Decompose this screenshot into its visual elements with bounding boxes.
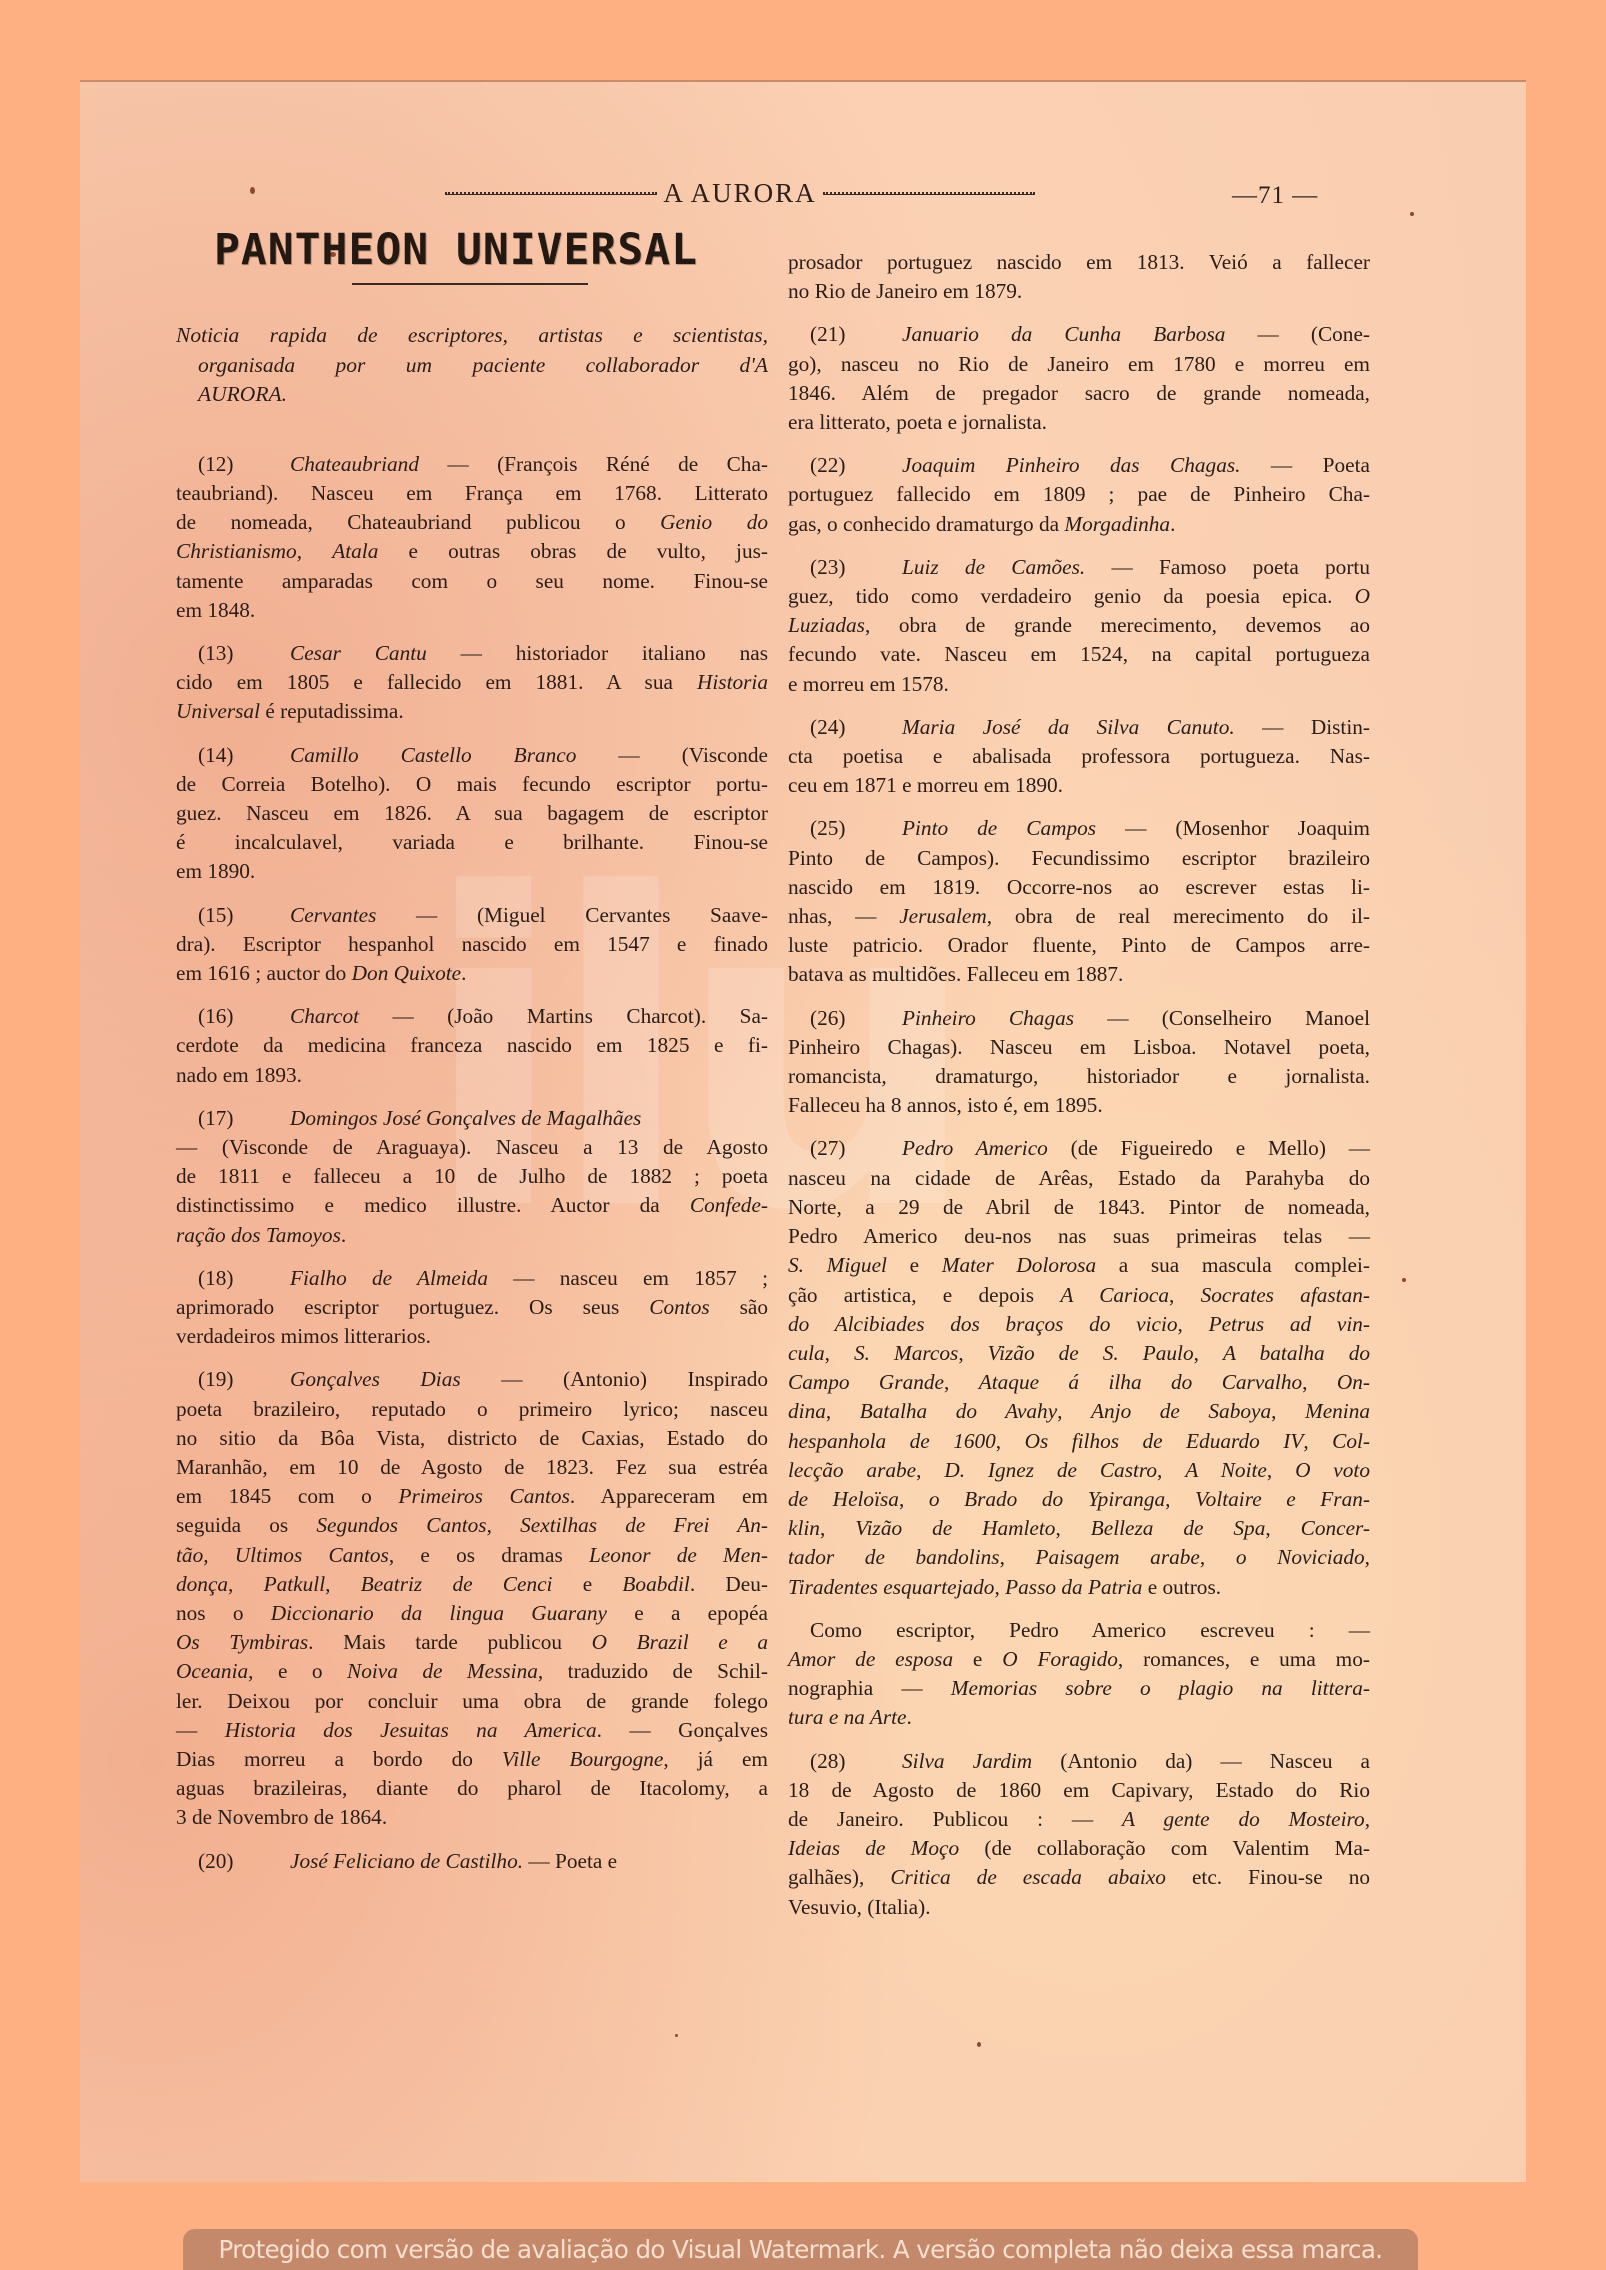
entry-line: 3 de Novembro de 1864. (176, 1803, 768, 1832)
biography-entry: (23)Luiz de Camões. — Famoso poeta portu… (788, 553, 1370, 699)
entry-line: dina, Batalha do Avahy, Anjo de Saboya, … (788, 1397, 1370, 1426)
biography-entry: Como escriptor, Pedro Americo escreveu :… (788, 1616, 1370, 1733)
entry-line: klin, Vizão de Hamleto, Belleza de Spa, … (788, 1514, 1370, 1543)
biography-entry: (16)Charcot — (João Martins Charcot). Sa… (176, 1002, 768, 1090)
entry-number: (23) (788, 553, 902, 582)
entry-line: romancista, dramaturgo, historiador e jo… (788, 1062, 1370, 1091)
entry-line: tamente amparadas com o seu nome. Finou-… (176, 567, 768, 596)
entry-name: Gonçalves Dias (290, 1367, 461, 1391)
left-column: PANTHEON UNIVERSAL Noticia rapida de esc… (176, 236, 768, 1890)
entry-line: Pedro Americo deu-nos nas suas primeiras… (788, 1222, 1370, 1251)
entry-name: Camillo Castello Branco (290, 743, 576, 767)
biography-entry: (27)Pedro Americo (de Figueiredo e Mello… (788, 1134, 1370, 1601)
entry-number: (19) (176, 1365, 290, 1394)
entry-line: era litterato, poeta e jornalista. (788, 408, 1370, 437)
entry-line: (17)Domingos José Gonçalves de Magalhães (176, 1104, 768, 1133)
entry-name: José Feliciano de Castilho. (290, 1849, 523, 1873)
entry-line: cerdote da medicina franceza nascido em … (176, 1031, 768, 1060)
entry-name: Pinto de Campos (902, 816, 1096, 840)
entry-line: Pinheiro Chagas). Nasceu em Lisboa. Nota… (788, 1033, 1370, 1062)
entry-line: nado em 1893. (176, 1061, 768, 1090)
right-entries: prosador portuguez nascido em 1813. Veió… (788, 248, 1370, 1922)
entry-line: seguida os Segundos Cantos, Sextilhas de… (176, 1511, 768, 1540)
entry-line: (24)Maria José da Silva Canuto. — Distin… (788, 713, 1370, 742)
article-title: PANTHEON UNIVERSAL (176, 236, 736, 265)
entry-line: Amor de esposa e O Foragido, romances, e… (788, 1645, 1370, 1674)
watermark-banner: Protegido com versão de avaliação do Vis… (183, 2229, 1418, 2270)
entry-name: Januario da Cunha Barbosa (902, 322, 1225, 346)
article-intro: Noticia rapida de escriptores, artistas … (176, 321, 768, 410)
entry-line: Como escriptor, Pedro Americo escreveu :… (788, 1616, 1370, 1645)
entry-line: hespanhola de 1600, Os filhos de Eduardo… (788, 1427, 1370, 1456)
biography-entry: (25)Pinto de Campos — (Mosenhor JoaquimP… (788, 814, 1370, 989)
entry-line: ração dos Tamoyos. (176, 1221, 768, 1250)
entry-name: Charcot (290, 1004, 359, 1028)
entry-line: — Historia dos Jesuitas na America. — Go… (176, 1716, 768, 1745)
entry-line: de Janeiro. Publicou : — A gente do Most… (788, 1805, 1370, 1834)
entry-line: guez. Nasceu em 1826. A sua bagagem de e… (176, 799, 768, 828)
entry-name: Fialho de Almeida (290, 1266, 488, 1290)
entry-line: em 1848. (176, 596, 768, 625)
entry-line: Falleceu ha 8 annos, isto é, em 1895. (788, 1091, 1370, 1120)
intro-line: Noticia rapida de escriptores, artistas … (176, 321, 768, 351)
entry-line: em 1845 com o Primeiros Cantos. Apparece… (176, 1482, 768, 1511)
biography-entry: (28)Silva Jardim (Antonio da) — Nasceu a… (788, 1747, 1370, 1922)
entry-line: tão, Ultimos Cantos, e os dramas Leonor … (176, 1541, 768, 1570)
entry-name: Luiz de Camões. (902, 555, 1085, 579)
entry-line: cula, S. Marcos, Vizão de S. Paulo, A ba… (788, 1339, 1370, 1368)
page-number: —71 — (1232, 182, 1318, 210)
entry-name: Joaquim Pinheiro das Chagas. (902, 453, 1240, 477)
entry-line: Vesuvio, (Italia). (788, 1893, 1370, 1922)
entry-line: verdadeiros mimos litterarios. (176, 1322, 768, 1351)
entry-line: luste patricio. Orador fluente, Pinto de… (788, 931, 1370, 960)
entry-number: (14) (176, 741, 290, 770)
entry-line: Ideias de Moço (de collaboração com Vale… (788, 1834, 1370, 1863)
biography-entry: (15)Cervantes — (Miguel Cervantes Saave-… (176, 901, 768, 989)
entry-line: Pinto de Campos). Fecundissimo escriptor… (788, 844, 1370, 873)
title-divider (352, 283, 588, 285)
entry-line: Tiradentes esquartejado, Passo da Patria… (788, 1573, 1370, 1602)
entry-name: Silva Jardim (902, 1749, 1032, 1773)
header-rule-left (445, 192, 657, 195)
entry-name: Cesar Cantu (290, 641, 427, 665)
entry-number: (21) (788, 320, 902, 349)
entry-line: distinctissimo e medico illustre. Auctor… (176, 1191, 768, 1220)
paper-speck (1402, 1278, 1406, 1282)
biography-entry: (26)Pinheiro Chagas — (Conselheiro Manoe… (788, 1004, 1370, 1121)
entry-line: 1846. Além de pregador sacro de grande n… (788, 379, 1370, 408)
journal-title: A AURORA (663, 178, 816, 209)
intro-line: organisada por um paciente collaborador … (198, 351, 768, 381)
entry-line: lecção arabe, D. Ignez de Castro, A Noit… (788, 1456, 1370, 1485)
biography-entry: (19)Gonçalves Dias — (Antonio) Inspirado… (176, 1365, 768, 1832)
entry-number: (18) (176, 1264, 290, 1293)
entry-name: Cervantes (290, 903, 376, 927)
entry-line: (27)Pedro Americo (de Figueiredo e Mello… (788, 1134, 1370, 1163)
entry-line: (25)Pinto de Campos — (Mosenhor Joaquim (788, 814, 1370, 843)
entry-line: tura e na Arte. (788, 1703, 1370, 1732)
entry-line: aguas brazileiras, diante do pharol de I… (176, 1774, 768, 1803)
right-column: prosador portuguez nascido em 1813. Veió… (788, 248, 1370, 1936)
entry-line: portuguez fallecido em 1809 ; pae de Pin… (788, 480, 1370, 509)
entry-line: de nomeada, Chateaubriand publicou o Gen… (176, 508, 768, 537)
paper-speck (675, 2034, 678, 2037)
entry-line: ler. Deixou por concluir uma obra de gra… (176, 1687, 768, 1716)
entry-name: Domingos José Gonçalves de Magalhães (290, 1106, 641, 1130)
entry-name: Maria José da Silva Canuto. (902, 715, 1235, 739)
biography-entry: (20)José Feliciano de Castilho. — Poeta … (176, 1847, 768, 1876)
entry-line: 18 de Agosto de 1860 em Capivary, Estado… (788, 1776, 1370, 1805)
entry-line: de Correia Botelho). O mais fecundo escr… (176, 770, 768, 799)
entry-line: (23)Luiz de Camões. — Famoso poeta portu (788, 553, 1370, 582)
entry-line: (26)Pinheiro Chagas — (Conselheiro Manoe… (788, 1004, 1370, 1033)
entry-name: Chateaubriand (290, 452, 419, 476)
entry-line: dra). Escriptor hespanhol nascido em 154… (176, 930, 768, 959)
header-rule-right (823, 192, 1035, 195)
entry-number: (24) (788, 713, 902, 742)
entry-number: (16) (176, 1002, 290, 1031)
entry-line: donça, Patkull, Beatriz de Cenci e Boabd… (176, 1570, 768, 1599)
entry-line: fecundo vate. Nasceu em 1524, na capital… (788, 640, 1370, 669)
entry-line: (20)José Feliciano de Castilho. — Poeta … (176, 1847, 768, 1876)
entry-line: (28)Silva Jardim (Antonio da) — Nasceu a (788, 1747, 1370, 1776)
entry-line: ção artistica, e depois A Carioca, Socra… (788, 1281, 1370, 1310)
entry-line: e morreu em 1578. (788, 670, 1370, 699)
entry-line: go), nasceu no Rio de Janeiro em 1780 e … (788, 350, 1370, 379)
biography-entry: (21)Januario da Cunha Barbosa — (Cone-go… (788, 320, 1370, 437)
entry-line: poeta brazileiro, reputado o primeiro ly… (176, 1395, 768, 1424)
entry-line: Christianismo, Atala e outras obras de v… (176, 537, 768, 566)
entry-line: Maranhão, em 10 de Agosto de 1823. Fez s… (176, 1453, 768, 1482)
entry-line: em 1616 ; auctor do Don Quixote. (176, 959, 768, 988)
entry-line: cido em 1805 e fallecido em 1881. A sua … (176, 668, 768, 697)
entry-line: aprimorado escriptor portuguez. Os seus … (176, 1293, 768, 1322)
entry-number: (20) (176, 1847, 290, 1876)
paper-speck (977, 2042, 981, 2047)
entry-line: (14)Camillo Castello Branco — (Visconde (176, 741, 768, 770)
entry-line: nos o Diccionario da lingua Guarany e a … (176, 1599, 768, 1628)
entry-name: Pedro Americo (902, 1136, 1048, 1160)
biography-entry: (22)Joaquim Pinheiro das Chagas. — Poeta… (788, 451, 1370, 539)
entry-line: S. Miguel e Mater Dolorosa a sua mascula… (788, 1251, 1370, 1280)
entry-line: Norte, a 29 de Abril de 1843. Pintor de … (788, 1193, 1370, 1222)
entry-number: (17) (176, 1104, 290, 1133)
entry-line: Dias morreu a bordo do Ville Bourgogne, … (176, 1745, 768, 1774)
entry-line: ceu em 1871 e morreu em 1890. (788, 771, 1370, 800)
entry-line: batava as multidões. Falleceu em 1887. (788, 960, 1370, 989)
biography-entry: prosador portuguez nascido em 1813. Veió… (788, 248, 1370, 306)
biography-entry: (17)Domingos José Gonçalves de Magalhães… (176, 1104, 768, 1250)
running-header: A AURORA (445, 178, 1035, 209)
entry-number: (22) (788, 451, 902, 480)
entry-number: (13) (176, 639, 290, 668)
biography-entry: (14)Camillo Castello Branco — (Visconded… (176, 741, 768, 887)
entry-line: nographia — Memorias sobre o plagio na l… (788, 1674, 1370, 1703)
entry-line: (21)Januario da Cunha Barbosa — (Cone- (788, 320, 1370, 349)
entry-line: nhas, — Jerusalem, obra de real merecime… (788, 902, 1370, 931)
entry-line: Oceania, e o Noiva de Messina, traduzido… (176, 1657, 768, 1686)
intro-line: AURORA. (198, 380, 768, 410)
entry-line: prosador portuguez nascido em 1813. Veió… (788, 248, 1370, 277)
entry-line: em 1890. (176, 857, 768, 886)
biography-entry: (18)Fialho de Almeida — nasceu em 1857 ;… (176, 1264, 768, 1352)
entry-line: (12)Chateaubriand — (François Réné de Ch… (176, 450, 768, 479)
entry-line: Os Tymbiras. Mais tarde publicou O Brazi… (176, 1628, 768, 1657)
entry-number: (27) (788, 1134, 902, 1163)
left-entries: (12)Chateaubriand — (François Réné de Ch… (176, 450, 768, 1876)
entry-line: (13)Cesar Cantu — historiador italiano n… (176, 639, 768, 668)
entry-line: (16)Charcot — (João Martins Charcot). Sa… (176, 1002, 768, 1031)
entry-line: (15)Cervantes — (Miguel Cervantes Saave- (176, 901, 768, 930)
entry-line: nascido em 1819. Occorre-nos ao escrever… (788, 873, 1370, 902)
entry-line: nasceu na cidade de Arêas, Estado da Par… (788, 1164, 1370, 1193)
entry-line: galhães), Critica de escada abaixo etc. … (788, 1863, 1370, 1892)
entry-line: Campo Grande, Ataque á ilha do Carvalho,… (788, 1368, 1370, 1397)
entry-number: (26) (788, 1004, 902, 1033)
paper-speck (1410, 212, 1414, 216)
entry-number: (15) (176, 901, 290, 930)
entry-line: é incalculavel, variada e brilhante. Fin… (176, 828, 768, 857)
entry-line: do Alcibiades dos braços do vicio, Petru… (788, 1310, 1370, 1339)
entry-line: Luziadas, obra de grande merecimento, de… (788, 611, 1370, 640)
entry-name: Pinheiro Chagas (902, 1006, 1074, 1030)
entry-line: teaubriand). Nasceu em França em 1768. L… (176, 479, 768, 508)
entry-line: cta poetisa e abalisada professora portu… (788, 742, 1370, 771)
entry-line: — (Visconde de Araguaya). Nasceu a 13 de… (176, 1133, 768, 1162)
paper-speck (250, 187, 255, 194)
entry-line: gas, o conhecido dramaturgo da Morgadinh… (788, 510, 1370, 539)
entry-line: Universal é reputadissima. (176, 697, 768, 726)
entry-line: (18)Fialho de Almeida — nasceu em 1857 ; (176, 1264, 768, 1293)
biography-entry: (24)Maria José da Silva Canuto. — Distin… (788, 713, 1370, 801)
entry-line: (19)Gonçalves Dias — (Antonio) Inspirado (176, 1365, 768, 1394)
entry-number: (28) (788, 1747, 902, 1776)
entry-line: de 1811 e falleceu a 10 de Julho de 1882… (176, 1162, 768, 1191)
entry-line: de Heloïsa, o Brado do Ypiranga, Voltair… (788, 1485, 1370, 1514)
entry-number: (12) (176, 450, 290, 479)
entry-line: (22)Joaquim Pinheiro das Chagas. — Poeta (788, 451, 1370, 480)
biography-entry: (12)Chateaubriand — (François Réné de Ch… (176, 450, 768, 625)
entry-line: no sitio da Bôa Vista, districto de Caxi… (176, 1424, 768, 1453)
entry-line: guez, tido como verdadeiro genio da poes… (788, 582, 1370, 611)
entry-number: (25) (788, 814, 902, 843)
entry-line: no Rio de Janeiro em 1879. (788, 277, 1370, 306)
biography-entry: (13)Cesar Cantu — historiador italiano n… (176, 639, 768, 727)
entry-line: tador de bandolins, Paisagem arabe, o No… (788, 1543, 1370, 1572)
